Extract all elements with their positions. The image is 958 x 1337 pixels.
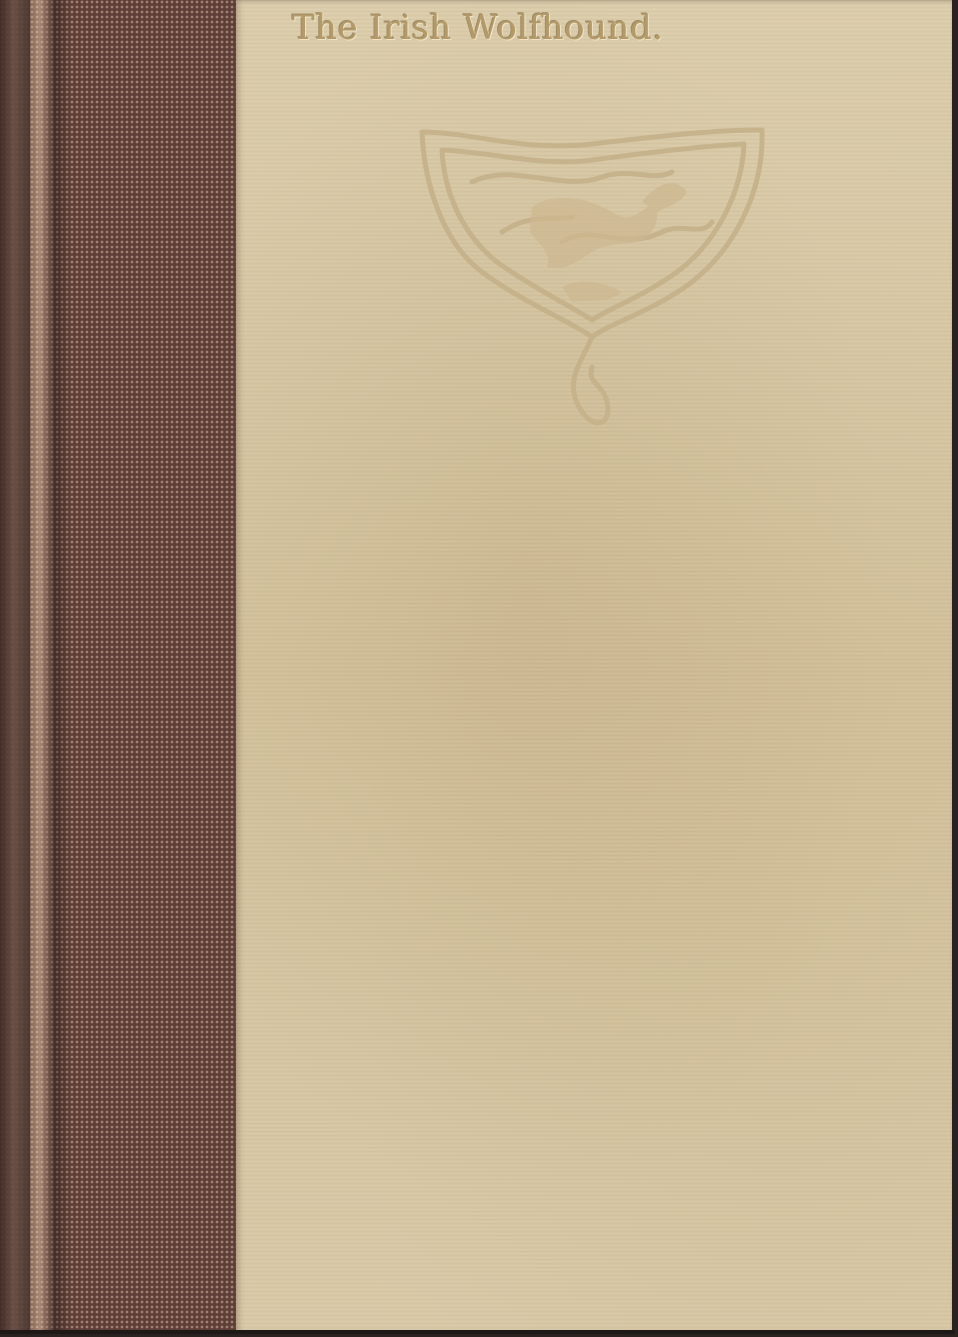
spine-cloth [0, 0, 236, 1334]
celtic-knot-wolfhound-icon [412, 122, 772, 462]
spine-hinge [30, 0, 54, 1334]
board-right-edge [952, 0, 955, 1334]
spine-shadow [54, 0, 70, 1334]
spine-edge [0, 0, 30, 1334]
book-title: The Irish Wolfhound. [292, 8, 892, 48]
book-cover: The Irish Wolfhound. [0, 0, 955, 1334]
board-bottom-edge [0, 1330, 955, 1334]
